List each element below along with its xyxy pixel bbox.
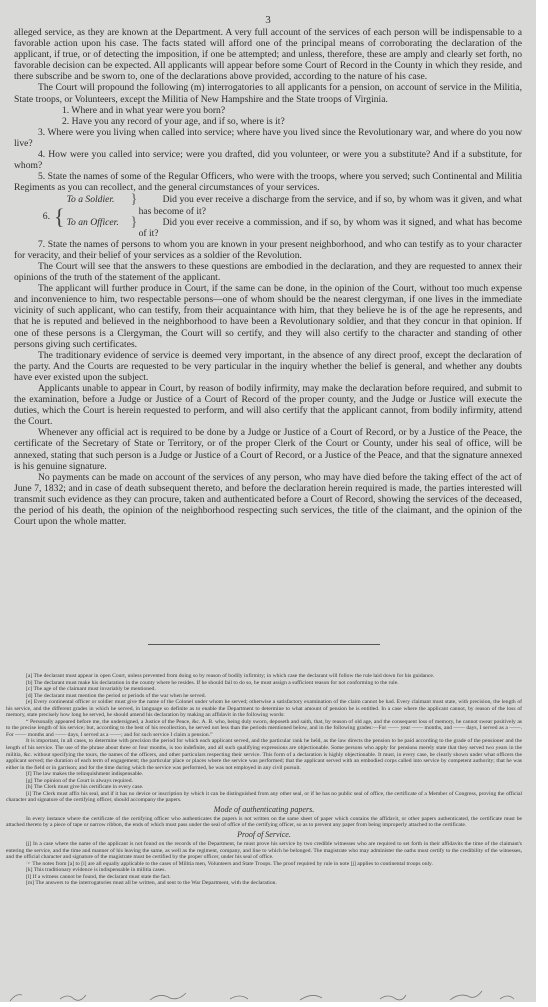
note-m: [m] The answers to the interrogatories m… (6, 880, 522, 887)
paragraph-bodily-infirmity: Applicants unable to appear in Court, by… (14, 383, 522, 427)
small-brace-icon: } (131, 217, 139, 239)
body-text: alleged service, as they are known at th… (14, 27, 522, 527)
soldier-label: To a Soldier. (67, 194, 131, 216)
paragraph-traditionary-evidence: The traditionary evidence of service is … (14, 350, 522, 383)
question-4: 4. How were you called into service; wer… (14, 149, 522, 171)
question-1: 1. Where and in what year were you born? (14, 105, 522, 116)
note-e-affidavit: “ Personally appeared before me, the und… (6, 719, 522, 739)
question-6-officer: To an Officer. } Did you ever receive a … (67, 217, 522, 239)
note-e: [e] Every continental officer or soldier… (6, 699, 522, 719)
brace-icon: { (52, 194, 67, 238)
footnotes: [a] The declarant must appear in open Co… (6, 673, 522, 887)
soldier-question: Did you ever receive a discharge from th… (139, 194, 522, 216)
note-j: [j] In a case where the name of the appl… (6, 841, 522, 861)
page-number: 3 (0, 14, 536, 26)
paragraph-official-act: Whenever any official act is required to… (14, 427, 522, 471)
question-6-number: 6. (14, 194, 52, 238)
paragraph-no-payments: No payments can be made on account of th… (14, 472, 522, 527)
question-2: 2. Have you any record of your age, and … (14, 116, 522, 127)
handwriting-marks (0, 985, 536, 1003)
small-brace-icon: } (131, 194, 139, 216)
paragraph-respectable-persons: The applicant will further produce in Co… (14, 283, 522, 350)
document-page: 3 alleged service, as they are known at … (0, 0, 536, 1002)
question-5: 5. State the names of some of the Regula… (14, 171, 522, 193)
section-divider (148, 644, 380, 645)
heading-authenticating: Mode of authenticating papers. (6, 805, 522, 815)
question-6-soldier: To a Soldier. } Did you ever receive a d… (67, 194, 522, 216)
paragraph-interrogatories-intro: The Court will propound the following (m… (14, 82, 522, 104)
note-i: [i] The Clerk must affix his seal, and i… (6, 791, 522, 804)
question-7: 7. State the names of persons to whom yo… (14, 239, 522, 261)
heading-proof-of-service: Proof of Service. (6, 830, 522, 840)
question-3: 3. Where were you living when called int… (14, 127, 522, 149)
note-e-continued: It is important, in all cases, to determ… (6, 738, 522, 771)
officer-question: Did you ever receive a commission, and i… (139, 217, 522, 239)
officer-label: To an Officer. (67, 217, 131, 239)
authenticating-text: In every instance where the certificate … (6, 816, 522, 829)
paragraph-alleged-service: alleged service, as they are known at th… (14, 27, 522, 82)
question-6: 6. { To a Soldier. } Did you ever receiv… (14, 194, 522, 238)
paragraph-court-answers: The Court will see that the answers to t… (14, 261, 522, 283)
